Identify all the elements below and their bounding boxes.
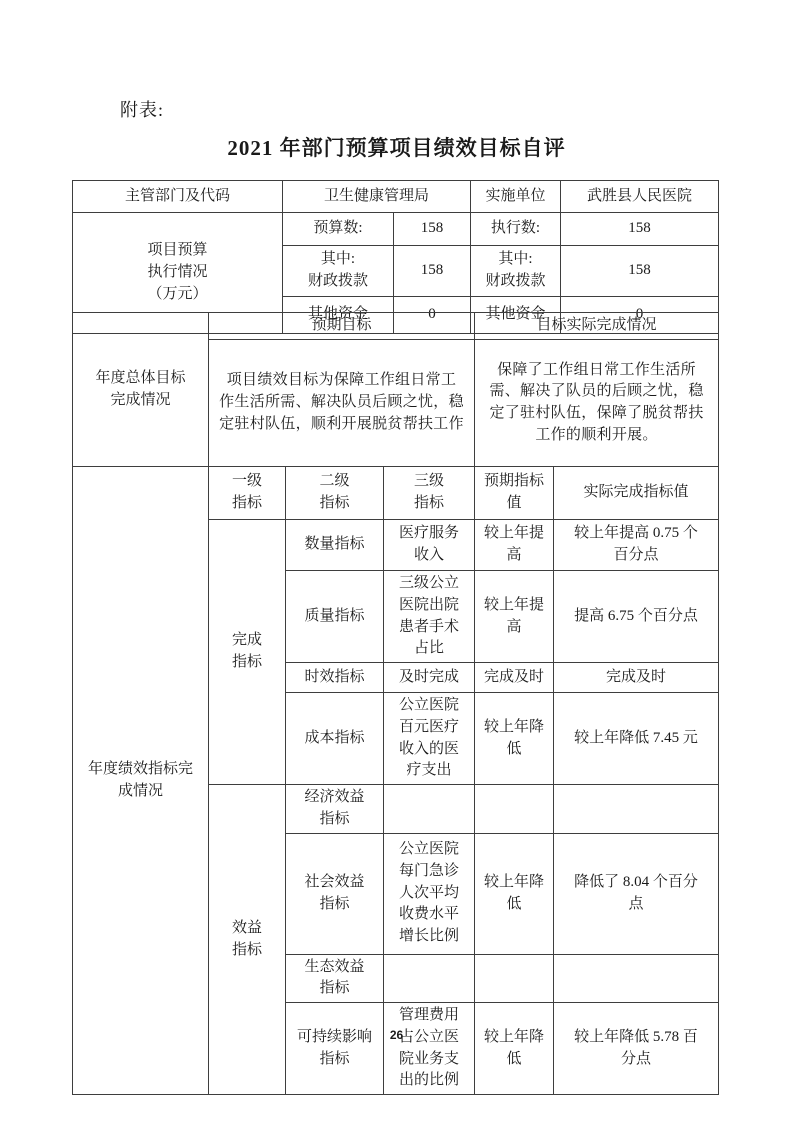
- actual-value-cell: 较上年提高 0.75 个 百分点: [554, 520, 719, 571]
- level2-cell: 生态效益 指标: [286, 954, 384, 1003]
- actual-value-cell: 提高 6.75 个百分点: [554, 571, 719, 663]
- expected-value-cell: 较上年降 低: [475, 693, 554, 785]
- level2-cell: 时效指标: [286, 663, 384, 693]
- table-row: 项目预算 执行情况 （万元） 预算数: 158 执行数: 158: [73, 213, 719, 246]
- level1-benefit-cell: 效益 指标: [209, 785, 286, 1095]
- expected-goal-header: 预期目标: [209, 313, 475, 340]
- actual-goal-header: 目标实际完成情况: [475, 313, 719, 340]
- actual-value-cell: 较上年降低 7.45 元: [554, 693, 719, 785]
- fiscal-budget-label: 其中: 财政拨款: [283, 246, 394, 297]
- expected-goal-text: 项目绩效目标为保障工作组日常工 作生活所需、解决队员后顾之忧，稳 定驻村队伍，顺…: [209, 340, 475, 467]
- actual-value-cell: [554, 785, 719, 834]
- level1-header: 一级 指标: [209, 467, 286, 520]
- level2-cell: 社会效益 指标: [286, 833, 384, 954]
- performance-indicator-table: 年度总体目标 完成情况 预期目标 目标实际完成情况 项目绩效目标为保障工作组日常…: [72, 312, 719, 1095]
- expected-value-cell: 完成及时: [475, 663, 554, 693]
- budget-number-value: 158: [394, 213, 471, 246]
- dept-code-value: 卫生健康管理局: [283, 181, 471, 213]
- level2-cell: 质量指标: [286, 571, 384, 663]
- fiscal-exec-label: 其中: 财政拨款: [471, 246, 561, 297]
- implement-unit-value: 武胜县人民医院: [561, 181, 719, 213]
- actual-value-cell: [554, 954, 719, 1003]
- page-number: 26: [0, 1028, 793, 1042]
- level3-cell: 公立医院 每门急诊 人次平均 收费水平 增长比例: [384, 833, 475, 954]
- level2-header: 二级 指标: [286, 467, 384, 520]
- level3-cell: [384, 954, 475, 1003]
- level3-cell: 管理费用 占公立医 院业务支 出的比例: [384, 1003, 475, 1095]
- level3-cell: 及时完成: [384, 663, 475, 693]
- level3-header: 三级 指标: [384, 467, 475, 520]
- budget-summary-table: 主管部门及代码 卫生健康管理局 实施单位 武胜县人民医院 项目预算 执行情况 （…: [72, 180, 719, 334]
- appendix-label: 附表:: [120, 96, 164, 122]
- dept-code-label: 主管部门及代码: [73, 181, 283, 213]
- fiscal-budget-value: 158: [394, 246, 471, 297]
- budget-number-label: 预算数:: [283, 213, 394, 246]
- table-row: 主管部门及代码 卫生健康管理局 实施单位 武胜县人民医院: [73, 181, 719, 213]
- expected-value-cell: 较上年降 低: [475, 833, 554, 954]
- expected-value-header: 预期指标 值: [475, 467, 554, 520]
- level2-cell: 数量指标: [286, 520, 384, 571]
- actual-value-cell: 降低了 8.04 个百分 点: [554, 833, 719, 954]
- level3-cell: [384, 785, 475, 834]
- indicator-section-row-label: 年度绩效指标完 成情况: [73, 467, 209, 1095]
- fiscal-exec-value: 158: [561, 246, 719, 297]
- level2-cell: 可持续影响 指标: [286, 1003, 384, 1095]
- page-title: 2021 年部门预算项目绩效目标自评: [0, 132, 793, 162]
- annual-goal-row-label: 年度总体目标 完成情况: [73, 313, 209, 467]
- actual-goal-text: 保障了工作组日常工作生活所 需、解决了队员的后顾之忧，稳 定了驻村队伍，保障了脱…: [475, 340, 719, 467]
- expected-value-cell: 较上年降 低: [475, 1003, 554, 1095]
- level2-cell: 经济效益 指标: [286, 785, 384, 834]
- level2-cell: 成本指标: [286, 693, 384, 785]
- expected-value-cell: [475, 785, 554, 834]
- implement-unit-label: 实施单位: [471, 181, 561, 213]
- actual-value-header: 实际完成指标值: [554, 467, 719, 520]
- exec-number-value: 158: [561, 213, 719, 246]
- level3-cell: 医疗服务 收入: [384, 520, 475, 571]
- document-page: 附表: 2021 年部门预算项目绩效目标自评 主管部门及代码 卫生健康管理局 实…: [0, 0, 793, 1122]
- actual-value-cell: 完成及时: [554, 663, 719, 693]
- expected-value-cell: 较上年提 高: [475, 571, 554, 663]
- expected-value-cell: [475, 954, 554, 1003]
- actual-value-cell: 较上年降低 5.78 百 分点: [554, 1003, 719, 1095]
- expected-value-cell: 较上年提 高: [475, 520, 554, 571]
- table-row: 年度绩效指标完 成情况 一级 指标 二级 指标 三级 指标 预期指标 值 实际完…: [73, 467, 719, 520]
- level1-completion-cell: 完成 指标: [209, 520, 286, 785]
- exec-number-label: 执行数:: [471, 213, 561, 246]
- level3-cell: 公立医院 百元医疗 收入的医 疗支出: [384, 693, 475, 785]
- table-row: 年度总体目标 完成情况 预期目标 目标实际完成情况: [73, 313, 719, 340]
- level3-cell: 三级公立 医院出院 患者手术 占比: [384, 571, 475, 663]
